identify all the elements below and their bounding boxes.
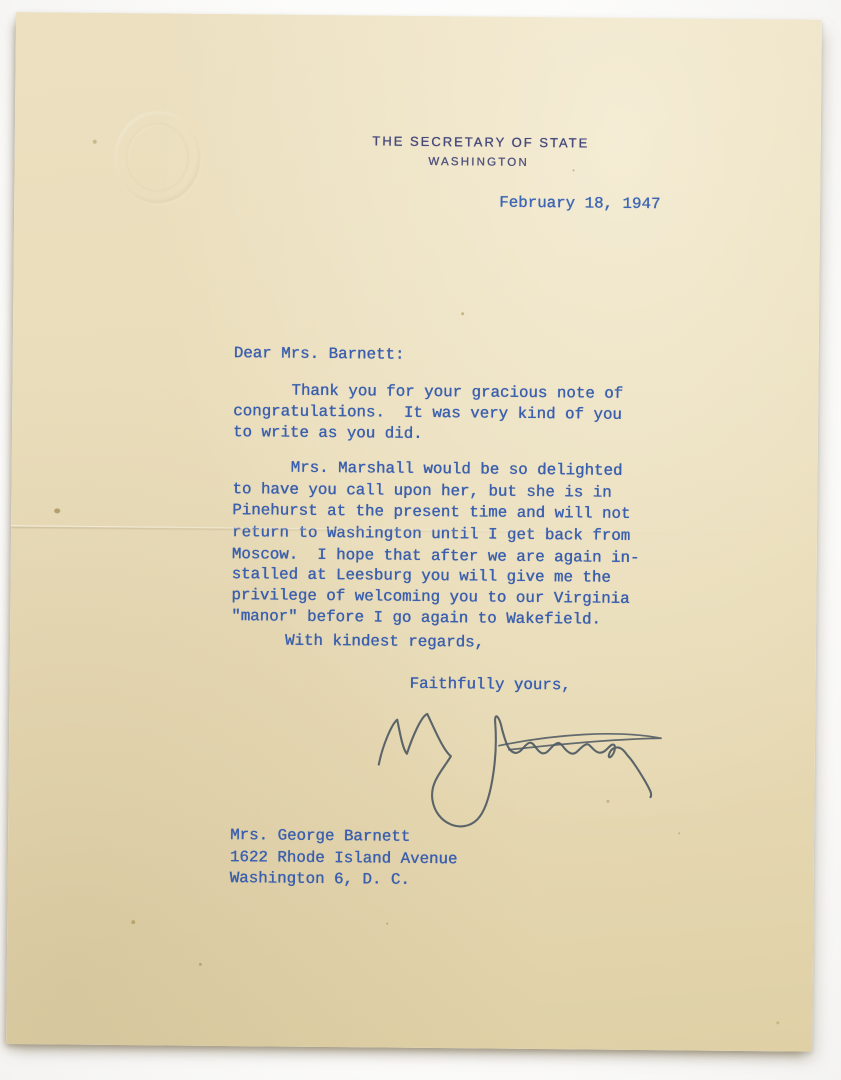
paper-speck: [93, 140, 97, 144]
paragraph2-line8: "manor" before I go again to Wakefield.: [231, 607, 601, 630]
paper-speck: [199, 963, 202, 966]
paper-speck: [776, 1021, 779, 1024]
paragraph2-line1: Mrs. Marshall would be so delighted: [291, 459, 623, 481]
paper-speck: [606, 800, 609, 803]
paper-speck: [131, 920, 135, 924]
paragraph2-line4: return to Washington until I get back fr…: [232, 523, 630, 546]
closing-regards: With kindest regards,: [285, 632, 484, 653]
paragraph1-line1: Thank you for your gracious note of: [291, 382, 623, 404]
embossed-seal-ring: [126, 123, 189, 192]
letterhead-city: WASHINGTON: [428, 156, 529, 169]
date-line: February 18, 1947: [499, 194, 660, 215]
paragraph2-line2: to have you call upon her, but she is in: [232, 480, 611, 503]
letter-paper: THE SECRETARY OF STATE WASHINGTON Februa…: [6, 12, 822, 1052]
paragraph1-line2: congratulations. It was very kind of you: [233, 402, 622, 425]
paragraph2-line3: Pinehurst at the present time and will n…: [232, 501, 630, 524]
letterhead-title: THE SECRETARY OF STATE: [372, 133, 589, 150]
paper-speck: [678, 832, 680, 834]
photo-background: THE SECRETARY OF STATE WASHINGTON Februa…: [0, 0, 841, 1080]
paper-speck: [572, 169, 574, 171]
paragraph1-line3: to write as you did.: [233, 423, 423, 444]
salutation: Dear Mrs. Barnett:: [234, 344, 405, 365]
recipient-street: 1622 Rhode Island Avenue: [230, 848, 458, 869]
paper-speck: [54, 508, 60, 513]
paper-speck: [386, 923, 388, 925]
recipient-name: Mrs. George Barnett: [230, 826, 410, 847]
paragraph2-line5: Moscow. I hope that after we are again i…: [232, 545, 640, 568]
paragraph2-line6: stalled at Leesburg you will give me the: [232, 565, 611, 588]
paragraph2-line7: privilege of welcoming you to our Virgin…: [231, 586, 629, 609]
embossed-seal: [114, 111, 201, 204]
paper-speck: [461, 312, 464, 315]
recipient-city: Washington 6, D. C.: [230, 869, 410, 890]
